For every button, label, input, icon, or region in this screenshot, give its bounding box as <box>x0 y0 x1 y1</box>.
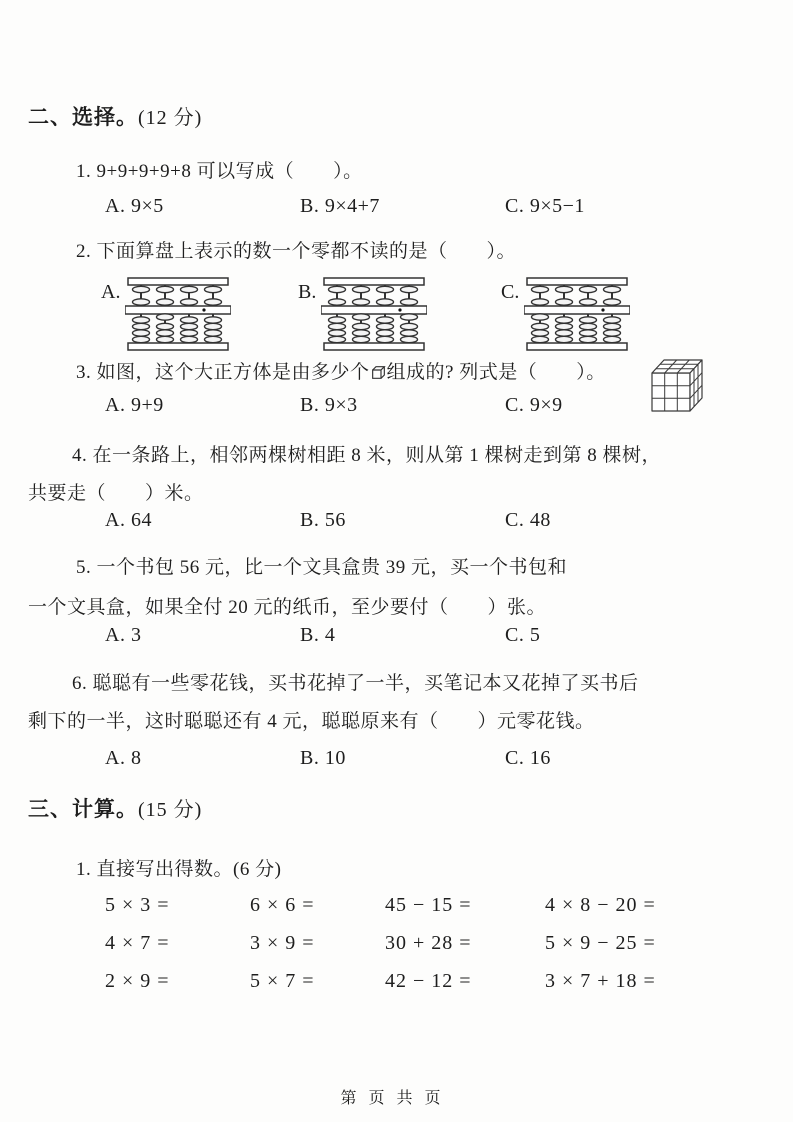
worksheet-page: 二、选择。(12 分) 1. 9+9+9+9+8 可以写成（ ）。 A. 9×5… <box>0 0 793 1122</box>
question-4-stem-line1: 4. 在一条路上，相邻两棵树相距 8 米，则从第 1 棵树走到第 8 棵树， <box>72 440 661 467</box>
question-5-option-a: A. 3 <box>105 624 141 647</box>
question-3-option-c: C. 9×9 <box>505 394 563 417</box>
section-choice-score: (12 分) <box>138 107 202 129</box>
question-2-option-a-figure: A. <box>101 277 231 356</box>
question-4-option-a: A. 64 <box>105 509 152 532</box>
section-calc-title-text: 三、计算。 <box>28 798 138 821</box>
calc-item: 4 × 7 = <box>105 932 170 955</box>
question-2-option-c-figure: C. <box>501 277 630 356</box>
section-choice-title: 二、选择。(12 分) <box>28 101 202 131</box>
abacus-a-figure <box>125 277 231 356</box>
question-6-stem-line1: 6. 聪聪有一些零花钱，买书花掉了一半，买笔记本又花掉了买书后 <box>72 668 639 695</box>
question-6-option-a: A. 8 <box>105 747 141 770</box>
calc-item: 5 × 9 − 25 = <box>545 932 656 955</box>
abacus-b-figure <box>321 277 427 356</box>
question-6-option-b: B. 10 <box>300 747 346 770</box>
calc-item: 30 + 28 = <box>385 932 472 955</box>
question-2-option-b-figure: B. <box>298 277 427 356</box>
question-5-stem-line2: 一个文具盒，如果全付 20 元的纸币，至少要付（ ）张。 <box>28 592 546 619</box>
abacus-c-label: C. <box>501 281 519 304</box>
question-1-option-c: C. 9×5−1 <box>505 195 585 218</box>
calc-sub1-title: 1. 直接写出得数。(6 分) <box>76 854 281 881</box>
question-6-option-c: C. 16 <box>505 747 551 770</box>
section-choice-title-text: 二、选择。 <box>28 106 138 129</box>
abacus-b-label: B. <box>298 281 316 304</box>
question-3-stem-post: 组成的? 列式是（ ）。 <box>387 362 606 383</box>
calc-item: 6 × 6 = <box>250 894 315 917</box>
calc-item: 5 × 3 = <box>105 894 170 917</box>
abacus-c-figure <box>524 277 630 356</box>
question-1-option-a: A. 9×5 <box>105 195 164 218</box>
question-3-stem-pre: 3. 如图，这个大正方体是由多少个 <box>76 362 370 383</box>
question-6-stem-line2: 剩下的一半，这时聪聪还有 4 元，聪聪原来有（ ）元零花钱。 <box>28 706 595 733</box>
question-3-option-b: B. 9×3 <box>300 394 358 417</box>
section-calc-score: (15 分) <box>138 799 202 821</box>
section-calc-title: 三、计算。(15 分) <box>28 793 202 823</box>
question-3-stem: 3. 如图，这个大正方体是由多少个组成的? 列式是（ ）。 <box>76 357 606 386</box>
question-5-stem-line1: 5. 一个书包 56 元，比一个文具盒贵 39 元，买一个书包和 <box>76 552 567 579</box>
question-4-option-b: B. 56 <box>300 509 346 532</box>
small-cube-icon <box>371 364 386 386</box>
calc-item: 3 × 7 + 18 = <box>545 970 656 993</box>
calc-item: 4 × 8 − 20 = <box>545 894 656 917</box>
calc-item: 3 × 9 = <box>250 932 315 955</box>
question-5-option-c: C. 5 <box>505 624 540 647</box>
abacus-a-label: A. <box>101 281 120 304</box>
question-3-option-a: A. 9+9 <box>105 394 164 417</box>
calc-item: 2 × 9 = <box>105 970 170 993</box>
question-4-stem-line2: 共要走（ ）米。 <box>28 478 204 505</box>
cube-figure <box>650 355 704 420</box>
footer-page-label: 第页共页 <box>0 1085 793 1108</box>
calc-item: 45 − 15 = <box>385 894 472 917</box>
calc-item: 5 × 7 = <box>250 970 315 993</box>
question-1-option-b: B. 9×4+7 <box>300 195 380 218</box>
question-2-stem: 2. 下面算盘上表示的数一个零都不读的是（ ）。 <box>76 236 516 263</box>
question-4-option-c: C. 48 <box>505 509 551 532</box>
question-1-stem: 1. 9+9+9+9+8 可以写成（ ）。 <box>76 156 363 183</box>
question-5-option-b: B. 4 <box>300 624 335 647</box>
calc-item: 42 − 12 = <box>385 970 472 993</box>
